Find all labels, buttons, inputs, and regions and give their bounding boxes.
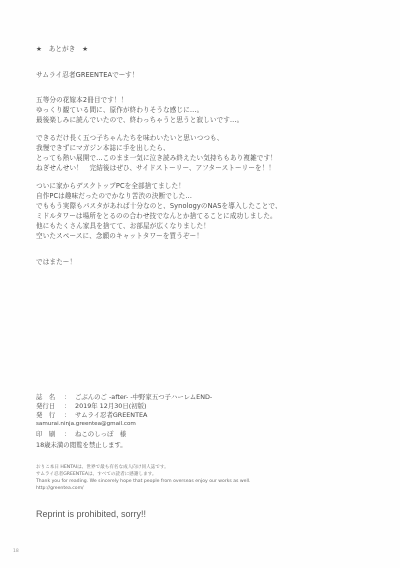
colophon-publisher-label: 発 行	[36, 411, 55, 419]
body-line: ついに家からデスクトップPCを全部捨てました！	[36, 182, 185, 190]
body-line: 我慢できずにマガジン本誌に手を出したら、	[36, 144, 170, 152]
body-line: ゆっくり観ている間に、原作が終わりそうな感じに…。	[36, 106, 203, 114]
colophon-publisher-value: サムライ忍者GREENTEA	[75, 411, 147, 419]
colophon-separator: ：	[64, 430, 70, 438]
colophon-email: samurai.ninja.greentea@gmail.com	[36, 420, 136, 428]
colophon-date-value: 2019年 12月30日(初版)	[75, 402, 147, 410]
body-line: ミドルタワーは場所をとるのの合わせ技でなんとか捨てることに成功しました。	[36, 212, 277, 220]
colophon-separator: ：	[64, 393, 70, 401]
afterword-heading: ★ あとがき ★	[36, 45, 88, 53]
body-line: できるだけ長く五つ子ちゃんたちを味わいたいと思いつつも、	[36, 134, 223, 142]
page-number: 18	[13, 549, 19, 554]
colophon-separator: ：	[64, 402, 70, 410]
body-line: でももう実際もパスタがあれば十分なのと、SynologyのNASを導入したことで…	[36, 202, 282, 210]
age-restriction-notice: 18歳未満の閲覧を禁止します。	[36, 441, 127, 449]
body-line: 最後楽しみに読んでいたので、終わっちゃうと思うと寂しいです…。	[36, 116, 243, 124]
body-line: とっても熱い展開で…このまま一気に泣き読み終えたい気持ちもあり複雑です！	[36, 154, 277, 162]
reprint-notice: Reprint is prohibited, sorry!!	[36, 509, 146, 520]
note-line: http://greentea.com/	[36, 486, 84, 492]
document-page: ★ あとがき ★ サムライ忍者GREENTEAでーす！ 五等分の花嫁本2冊目です…	[0, 0, 400, 568]
body-line: 空いたスペースに、念願のキャットタワーを買うぞー！	[36, 232, 203, 240]
body-line: 自作PCは趣味だったのでかなり苦渋の決断でした…	[36, 192, 192, 200]
closing-line: ではまたー！	[36, 258, 76, 266]
colophon-title-value: ごぶんのご -after- -中野家五つ子ハーレムEND-	[75, 393, 212, 401]
colophon-date-label: 発行日	[36, 402, 55, 410]
greeting-line: サムライ忍者GREENTEAでーす！	[36, 71, 139, 79]
colophon-printer-value: ねこのしっぽ 様	[75, 430, 126, 438]
note-line: サムライ忍者GREENTEAは、すべての読者に感謝します。	[36, 472, 157, 478]
body-line: 五等分の花嫁本2冊目です！！	[36, 96, 127, 104]
note-line: Thank you for reading. We sincerely hope…	[36, 479, 251, 485]
note-line: おりこ本日 HENTAIは、世界で最も有名な成人向け同人誌です。	[36, 465, 169, 471]
body-line: ねぎせんせい！ 完結後はぜひ、サイドストーリー、アフターストーリーを！！	[36, 164, 275, 172]
colophon-printer-label: 印 刷	[36, 430, 55, 438]
body-line: 他にもたくさん家具を捨てて、お部屋が広くなりました！	[36, 222, 210, 230]
colophon-title-label: 誌 名	[36, 393, 55, 401]
colophon-separator: ：	[64, 411, 70, 419]
